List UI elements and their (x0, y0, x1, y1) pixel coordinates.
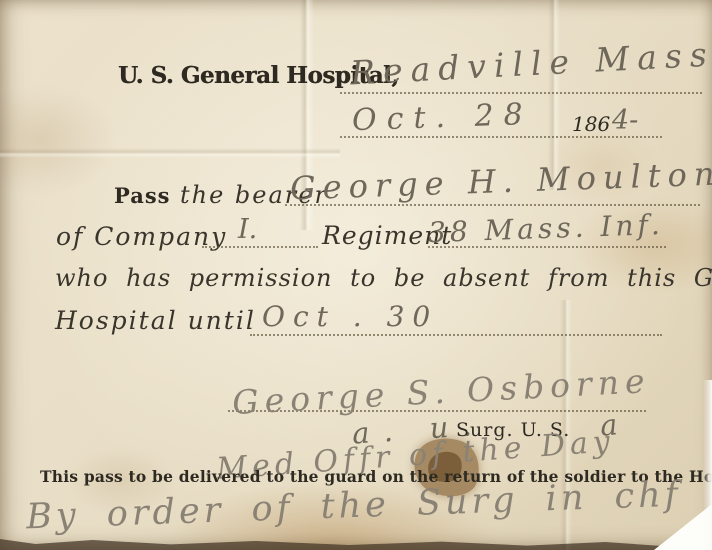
until-value-handwritten: Oct . 30 (262, 300, 438, 333)
company-value-handwritten: I. (238, 214, 257, 245)
year-handwritten: 4- (612, 105, 638, 136)
document-scan: U. S. General Hospital, Readville Mass O… (0, 0, 712, 550)
until-dotted-line (250, 334, 662, 336)
date-handwritten: Oct. 28 (351, 97, 533, 138)
company-dotted-line (202, 246, 318, 248)
location-dotted-line (340, 92, 702, 94)
pass-label: Pass (114, 183, 170, 208)
until-label: Hospital until (55, 306, 256, 335)
year-printed: 186 (572, 112, 610, 136)
permission-line: who has permission to be absent from thi… (55, 264, 712, 292)
background-right-edge (703, 380, 712, 550)
